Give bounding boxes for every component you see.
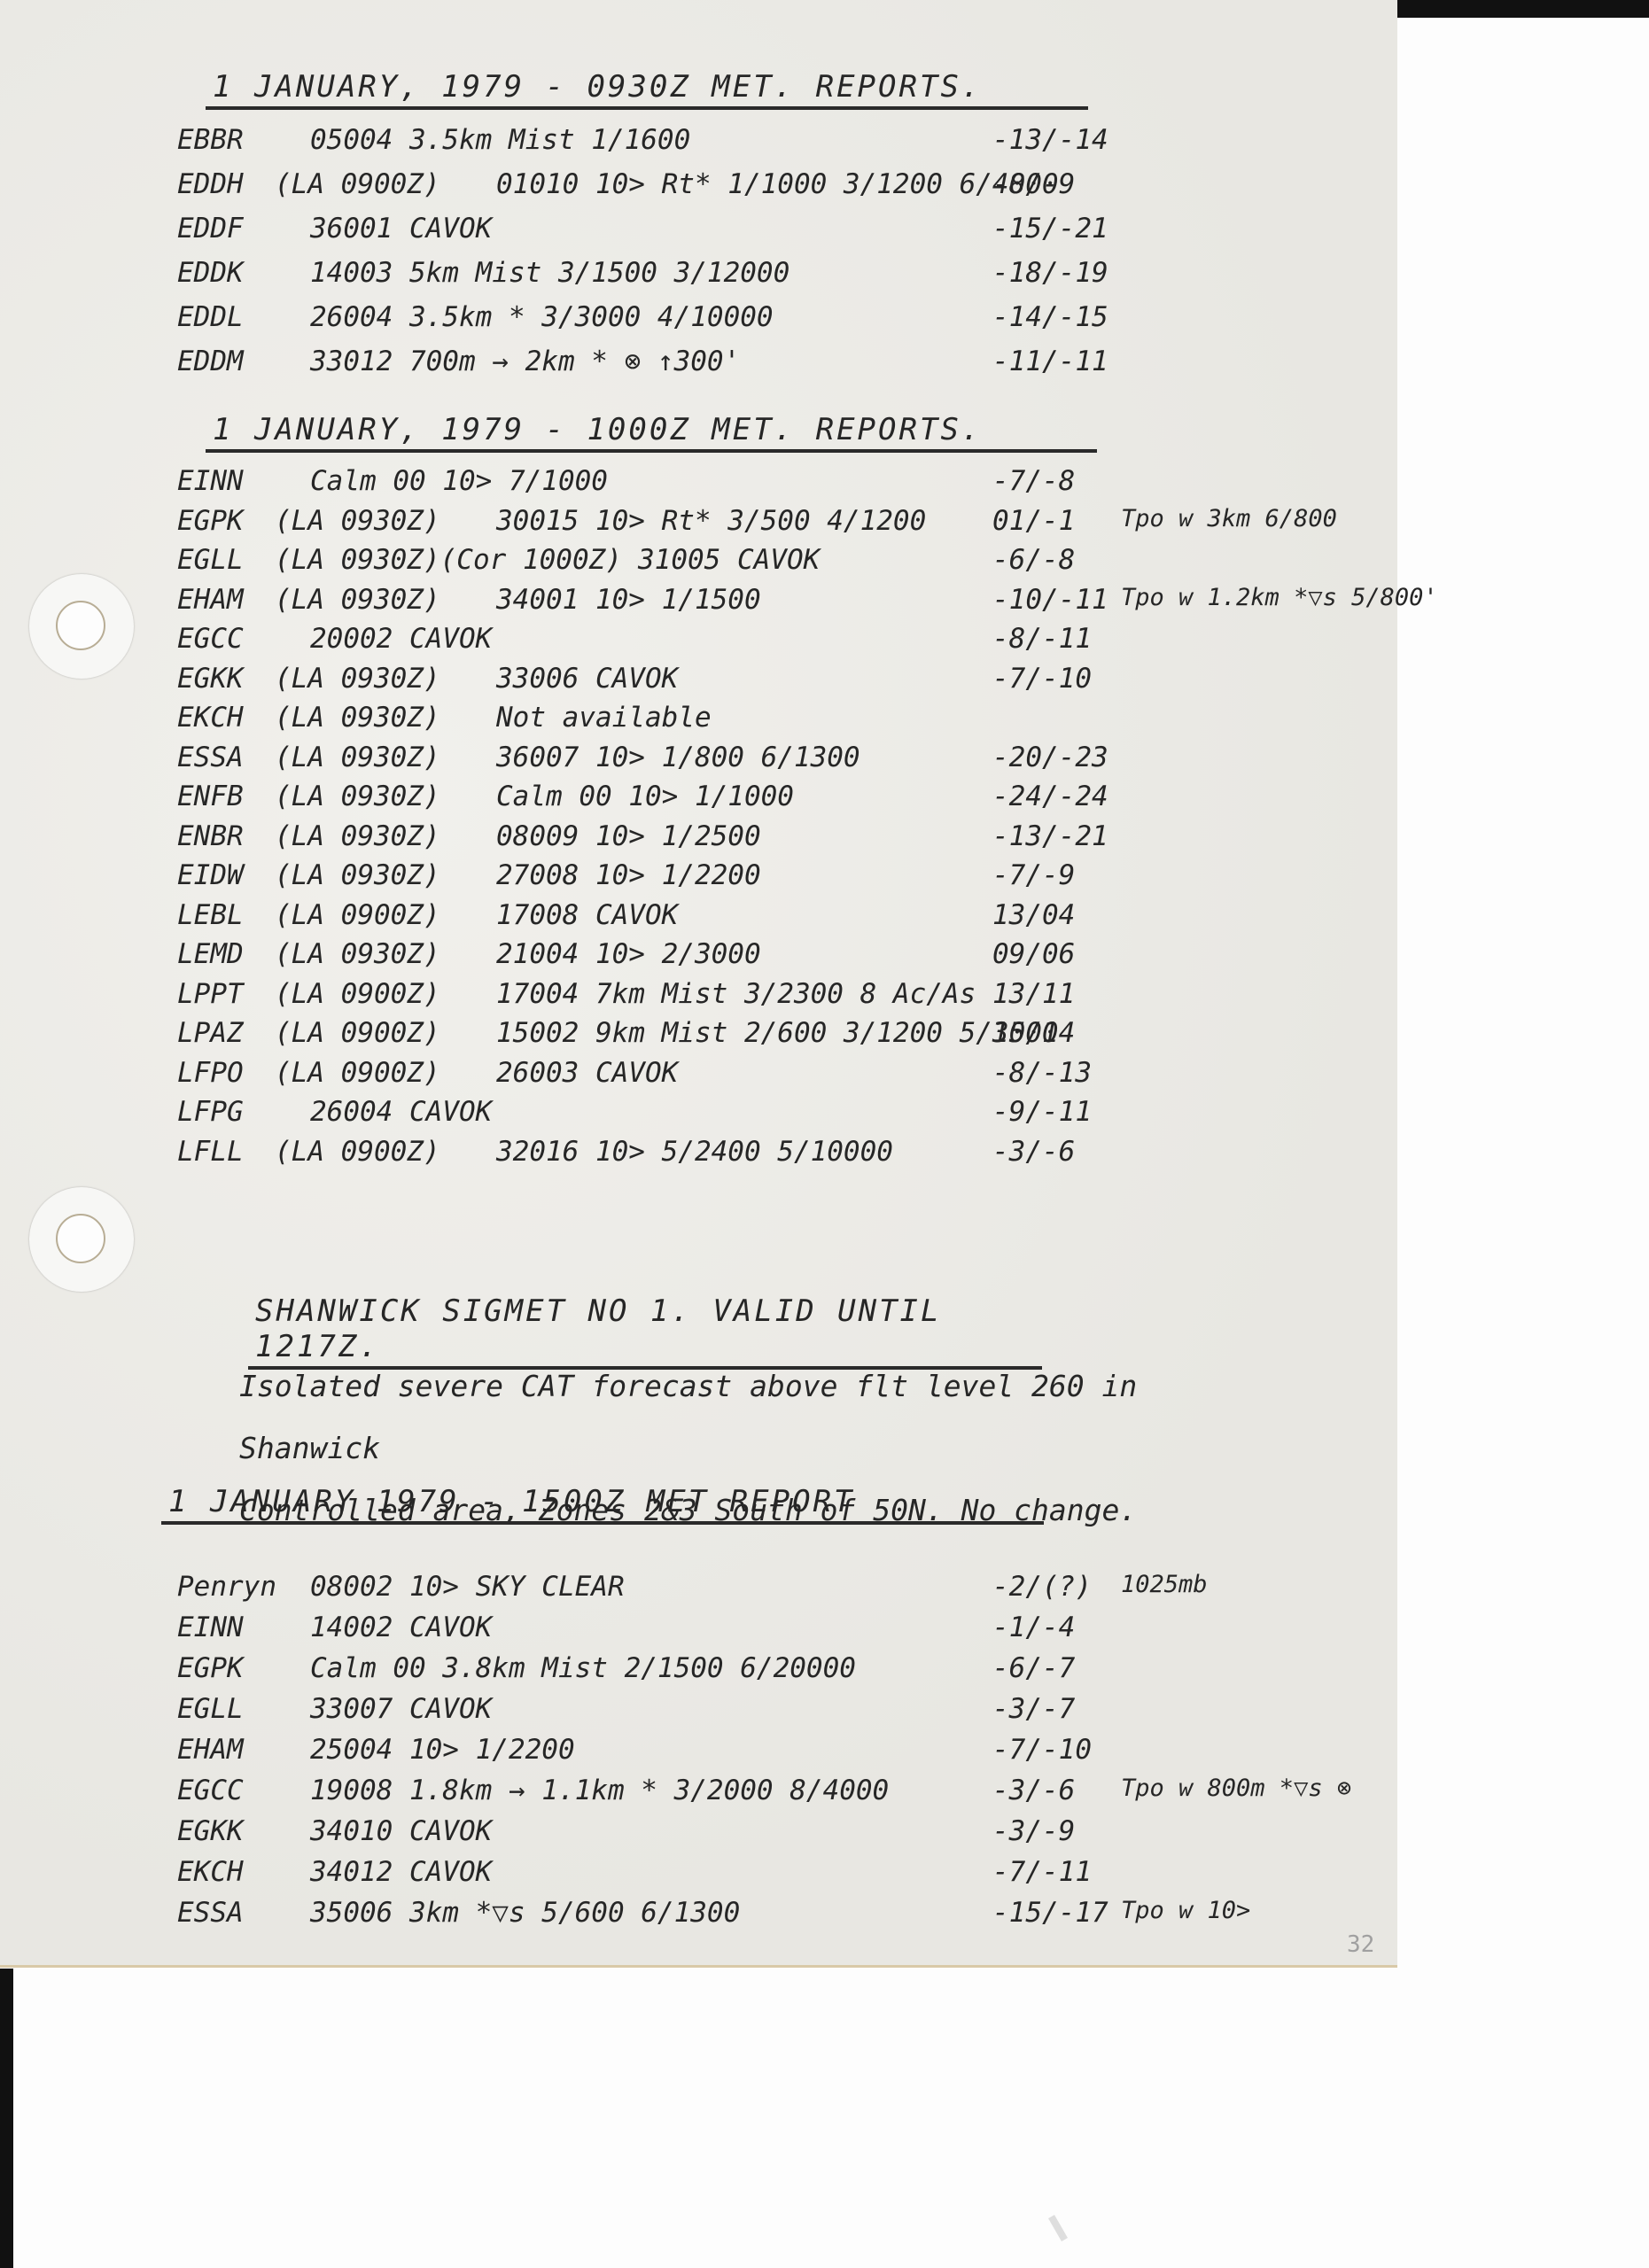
last-available-time: (LA 0930Z) — [275, 859, 440, 891]
last-available-time: (LA 0900Z) — [275, 1017, 440, 1049]
temperature-dewpoint: 13/04 — [992, 899, 1075, 931]
binder-hole-reinforcement-icon — [29, 574, 134, 679]
last-available-time: (LA 0930Z) — [275, 663, 440, 695]
temperature-dewpoint: -7/-8 — [992, 465, 1075, 497]
section-heading-1500z: 1 January 1979 - 1500Z Met Report — [161, 1484, 1044, 1525]
report-body: 33007 CAVOK — [310, 1693, 492, 1725]
report-body: 34012 CAVOK — [310, 1856, 492, 1888]
report-body: 34001 10> 1/1500 — [496, 584, 761, 616]
station-code: EGKK — [177, 663, 244, 695]
report-body: 15002 9km Mist 2/600 3/1200 5/3000 — [496, 1017, 1059, 1049]
report-body: 27008 10> 1/2200 — [496, 859, 761, 891]
temperature-dewpoint: -14/-15 — [992, 301, 1108, 333]
station-code: EDDL — [177, 301, 244, 333]
notebook-page: 1 January, 1979 - 0930Z Met. Reports. EB… — [0, 0, 1397, 1968]
station-code: LEBL — [177, 899, 244, 931]
last-available-time: (LA 0900Z) — [275, 1057, 440, 1089]
temperature-dewpoint: 13/11 — [992, 978, 1075, 1010]
page-number: 32 — [1347, 1931, 1374, 1958]
report-body: 21004 10> 2/3000 — [496, 938, 761, 970]
station-code: EINN — [177, 1612, 244, 1643]
station-code: EDDF — [177, 213, 244, 245]
temperature-dewpoint: -3/-6 — [992, 1136, 1075, 1168]
last-available-time: (LA 0930Z) — [275, 505, 440, 537]
station-code: EINN — [177, 465, 244, 497]
section-heading-1000z: 1 January, 1979 - 1000Z Met. Reports. — [206, 412, 1097, 453]
station-code: ESSA — [177, 742, 244, 773]
report-body: 36001 CAVOK — [310, 213, 492, 245]
station-code: LFLL — [177, 1136, 244, 1168]
temperature-dewpoint: -8/-11 — [992, 623, 1092, 655]
station-code: LPAZ — [177, 1017, 244, 1049]
report-body: 14003 5km Mist 3/1500 3/12000 — [310, 257, 789, 289]
report-body: 01010 10> Rt* 1/1000 3/1200 6/4000 — [496, 168, 1059, 200]
station-code: EHAM — [177, 584, 244, 616]
report-body: 34010 CAVOK — [310, 1815, 492, 1847]
last-available-time: (LA 0930Z)(Cor 1000Z) — [275, 544, 622, 576]
last-available-time: (LA 0900Z) — [275, 1136, 440, 1168]
report-body: 26004 3.5km * 3/3000 4/10000 — [310, 301, 774, 333]
last-available-time: (LA 0930Z) — [275, 584, 440, 616]
temperature-dewpoint: -8/-13 — [992, 1057, 1092, 1089]
temperature-dewpoint: -7/-10 — [992, 663, 1092, 695]
report-body: 35006 3km *▽s 5/600 6/1300 — [310, 1897, 740, 1929]
report-body: 33012 700m → 2km * ⊗ ↑300' — [310, 346, 740, 377]
temperature-dewpoint: -2/(?) — [992, 1571, 1092, 1603]
last-available-time: (LA 0930Z) — [275, 781, 440, 812]
report-body: 30015 10> Rt* 3/500 4/1200 — [496, 505, 926, 537]
report-body: Not available — [496, 702, 712, 734]
station-code: EDDK — [177, 257, 244, 289]
station-code: EKCH — [177, 1856, 244, 1888]
temperature-dewpoint: -9/-11 — [992, 1096, 1092, 1128]
report-body: 25004 10> 1/2200 — [310, 1734, 575, 1766]
temperature-dewpoint: -11/-11 — [992, 346, 1108, 377]
report-body: 32016 10> 5/2400 5/10000 — [496, 1136, 893, 1168]
temperature-dewpoint: -7/-9 — [992, 859, 1075, 891]
remarks: 1025mb — [1121, 1571, 1208, 1598]
report-body: 36007 10> 1/800 6/1300 — [496, 742, 860, 773]
station-code: LFPG — [177, 1096, 244, 1128]
report-body: 17004 7km Mist 3/2300 8 Ac/As — [496, 978, 976, 1010]
temperature-dewpoint: -13/-21 — [992, 820, 1108, 852]
report-body: Calm 00 3.8km Mist 2/1500 6/20000 — [310, 1652, 856, 1684]
station-code: EGPK — [177, 505, 244, 537]
report-body: 08009 10> 1/2500 — [496, 820, 761, 852]
remarks: Tpo w 1.2km *▽s 5/800' — [1121, 584, 1438, 611]
last-available-time: (LA 0930Z) — [275, 938, 440, 970]
station-code: EGCC — [177, 1775, 244, 1806]
temperature-dewpoint: -7/-10 — [992, 1734, 1092, 1766]
remarks: Tpo w 3km 6/800 — [1121, 505, 1337, 532]
last-available-time: (LA 0900Z) — [275, 168, 440, 200]
station-code: ENFB — [177, 781, 244, 812]
temperature-dewpoint: -13/-14 — [992, 124, 1108, 156]
station-code: EHAM — [177, 1734, 244, 1766]
temperature-dewpoint: -1/-4 — [992, 1612, 1075, 1643]
report-body: Calm 00 10> 7/1000 — [310, 465, 608, 497]
station-code: LEMD — [177, 938, 244, 970]
section-heading-0930z: 1 January, 1979 - 0930Z Met. Reports. — [206, 69, 1088, 110]
report-body: 08002 10> SKY CLEAR — [310, 1571, 625, 1603]
report-body: 19008 1.8km → 1.1km * 3/2000 8/4000 — [310, 1775, 889, 1806]
station-code: EGKK — [177, 1815, 244, 1847]
temperature-dewpoint: 09/06 — [992, 938, 1075, 970]
remarks: Tpo w 800m *▽s ⊗ — [1121, 1775, 1351, 1802]
last-available-time: (LA 0900Z) — [275, 899, 440, 931]
station-code: ENBR — [177, 820, 244, 852]
report-body: 17008 CAVOK — [496, 899, 678, 931]
station-code: EKCH — [177, 702, 244, 734]
temperature-dewpoint: -15/-21 — [992, 213, 1108, 245]
station-code: EGLL — [177, 544, 244, 576]
station-code: ESSA — [177, 1897, 244, 1929]
station-code: EGLL — [177, 1693, 244, 1725]
station-code: EGCC — [177, 623, 244, 655]
report-body: 33006 CAVOK — [496, 663, 678, 695]
report-body: Calm 00 10> 1/1000 — [496, 781, 794, 812]
station-code: Penryn — [177, 1571, 276, 1603]
station-code: EDDH — [177, 168, 244, 200]
report-body: 26003 CAVOK — [496, 1057, 678, 1089]
temperature-dewpoint: 01/-1 — [992, 505, 1075, 537]
temperature-dewpoint: -15/-17 — [992, 1897, 1108, 1929]
station-code: LFPO — [177, 1057, 244, 1089]
temperature-dewpoint: -8/-9 — [992, 168, 1075, 200]
station-code: LPPT — [177, 978, 244, 1010]
last-available-time: (LA 0930Z) — [275, 820, 440, 852]
scan-border-top — [1397, 0, 1649, 18]
station-code: EGPK — [177, 1652, 244, 1684]
remarks: Tpo w 10> — [1121, 1897, 1250, 1924]
station-code: EIDW — [177, 859, 244, 891]
report-body: 31005 CAVOK — [638, 544, 820, 576]
temperature-dewpoint: -10/-11 — [992, 584, 1108, 616]
scan-speck — [1048, 2215, 1068, 2241]
temperature-dewpoint: -7/-11 — [992, 1856, 1092, 1888]
last-available-time: (LA 0930Z) — [275, 702, 440, 734]
report-body: 20002 CAVOK — [310, 623, 492, 655]
binder-hole-reinforcement-icon — [29, 1187, 134, 1292]
sigmet-line-1: Isolated severe CAT forecast above flt l… — [239, 1355, 1258, 1480]
temperature-dewpoint: -3/-7 — [992, 1693, 1075, 1725]
temperature-dewpoint: -3/-6 — [992, 1775, 1075, 1806]
temperature-dewpoint: -18/-19 — [992, 257, 1108, 289]
scan-border-left — [0, 1969, 13, 2268]
temperature-dewpoint: -6/-7 — [992, 1652, 1075, 1684]
report-body: 14002 CAVOK — [310, 1612, 492, 1643]
station-code: EDDM — [177, 346, 244, 377]
report-body: 26004 CAVOK — [310, 1096, 492, 1128]
temperature-dewpoint: -6/-8 — [992, 544, 1075, 576]
last-available-time: (LA 0930Z) — [275, 742, 440, 773]
station-code: EBBR — [177, 124, 244, 156]
last-available-time: (LA 0900Z) — [275, 978, 440, 1010]
temperature-dewpoint: -24/-24 — [992, 781, 1108, 812]
temperature-dewpoint: 15/14 — [992, 1017, 1075, 1049]
report-body: 05004 3.5km Mist 1/1600 — [310, 124, 690, 156]
temperature-dewpoint: -20/-23 — [992, 742, 1108, 773]
temperature-dewpoint: -3/-9 — [992, 1815, 1075, 1847]
